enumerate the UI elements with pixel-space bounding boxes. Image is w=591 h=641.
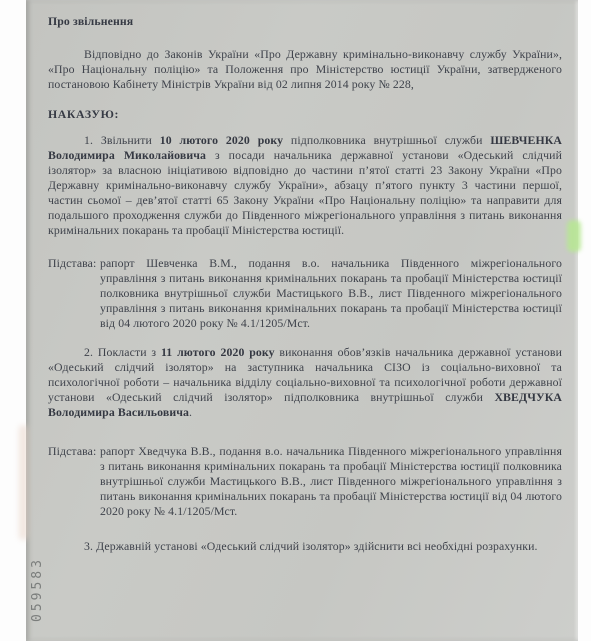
registration-stamp-number: 059583: [30, 530, 47, 622]
document-title: Про звільнення: [48, 14, 562, 29]
basis-2-text: рапорт Хведчука В.В., подання в.о. начал…: [100, 444, 562, 518]
order-item-1: 1. Звільнити 10 лютого 2020 року підполк…: [48, 133, 562, 238]
scanned-document-page: 059583 Про звільнення Відповідно до Зако…: [26, 0, 578, 641]
scanner-green-mark: [567, 220, 581, 252]
decree-heading: НАКАЗУЮ:: [48, 107, 562, 122]
basis-1-text: рапорт Шевченка В.М., подання в.о. начал…: [100, 256, 562, 330]
basis-2-label: Підстава:: [48, 444, 100, 459]
document-content: Про звільнення Відповідно до Законів Укр…: [48, 8, 562, 554]
intro-paragraph: Відповідно до Законів України «Про Держа…: [48, 47, 562, 92]
scan-edge-artifact: [19, 425, 28, 540]
order-item-2: 2. Покласти з 11 лютого 2020 року викона…: [48, 345, 562, 420]
basis-block-1: Підстава:рапорт Шевченка В.М., подання в…: [48, 256, 562, 331]
order-item-3: 3. Державній установі «Одеський слідчий …: [48, 539, 562, 554]
basis-block-2: Підстава:рапорт Хведчука В.В., подання в…: [48, 444, 562, 519]
basis-1-label: Підстава:: [48, 256, 100, 271]
